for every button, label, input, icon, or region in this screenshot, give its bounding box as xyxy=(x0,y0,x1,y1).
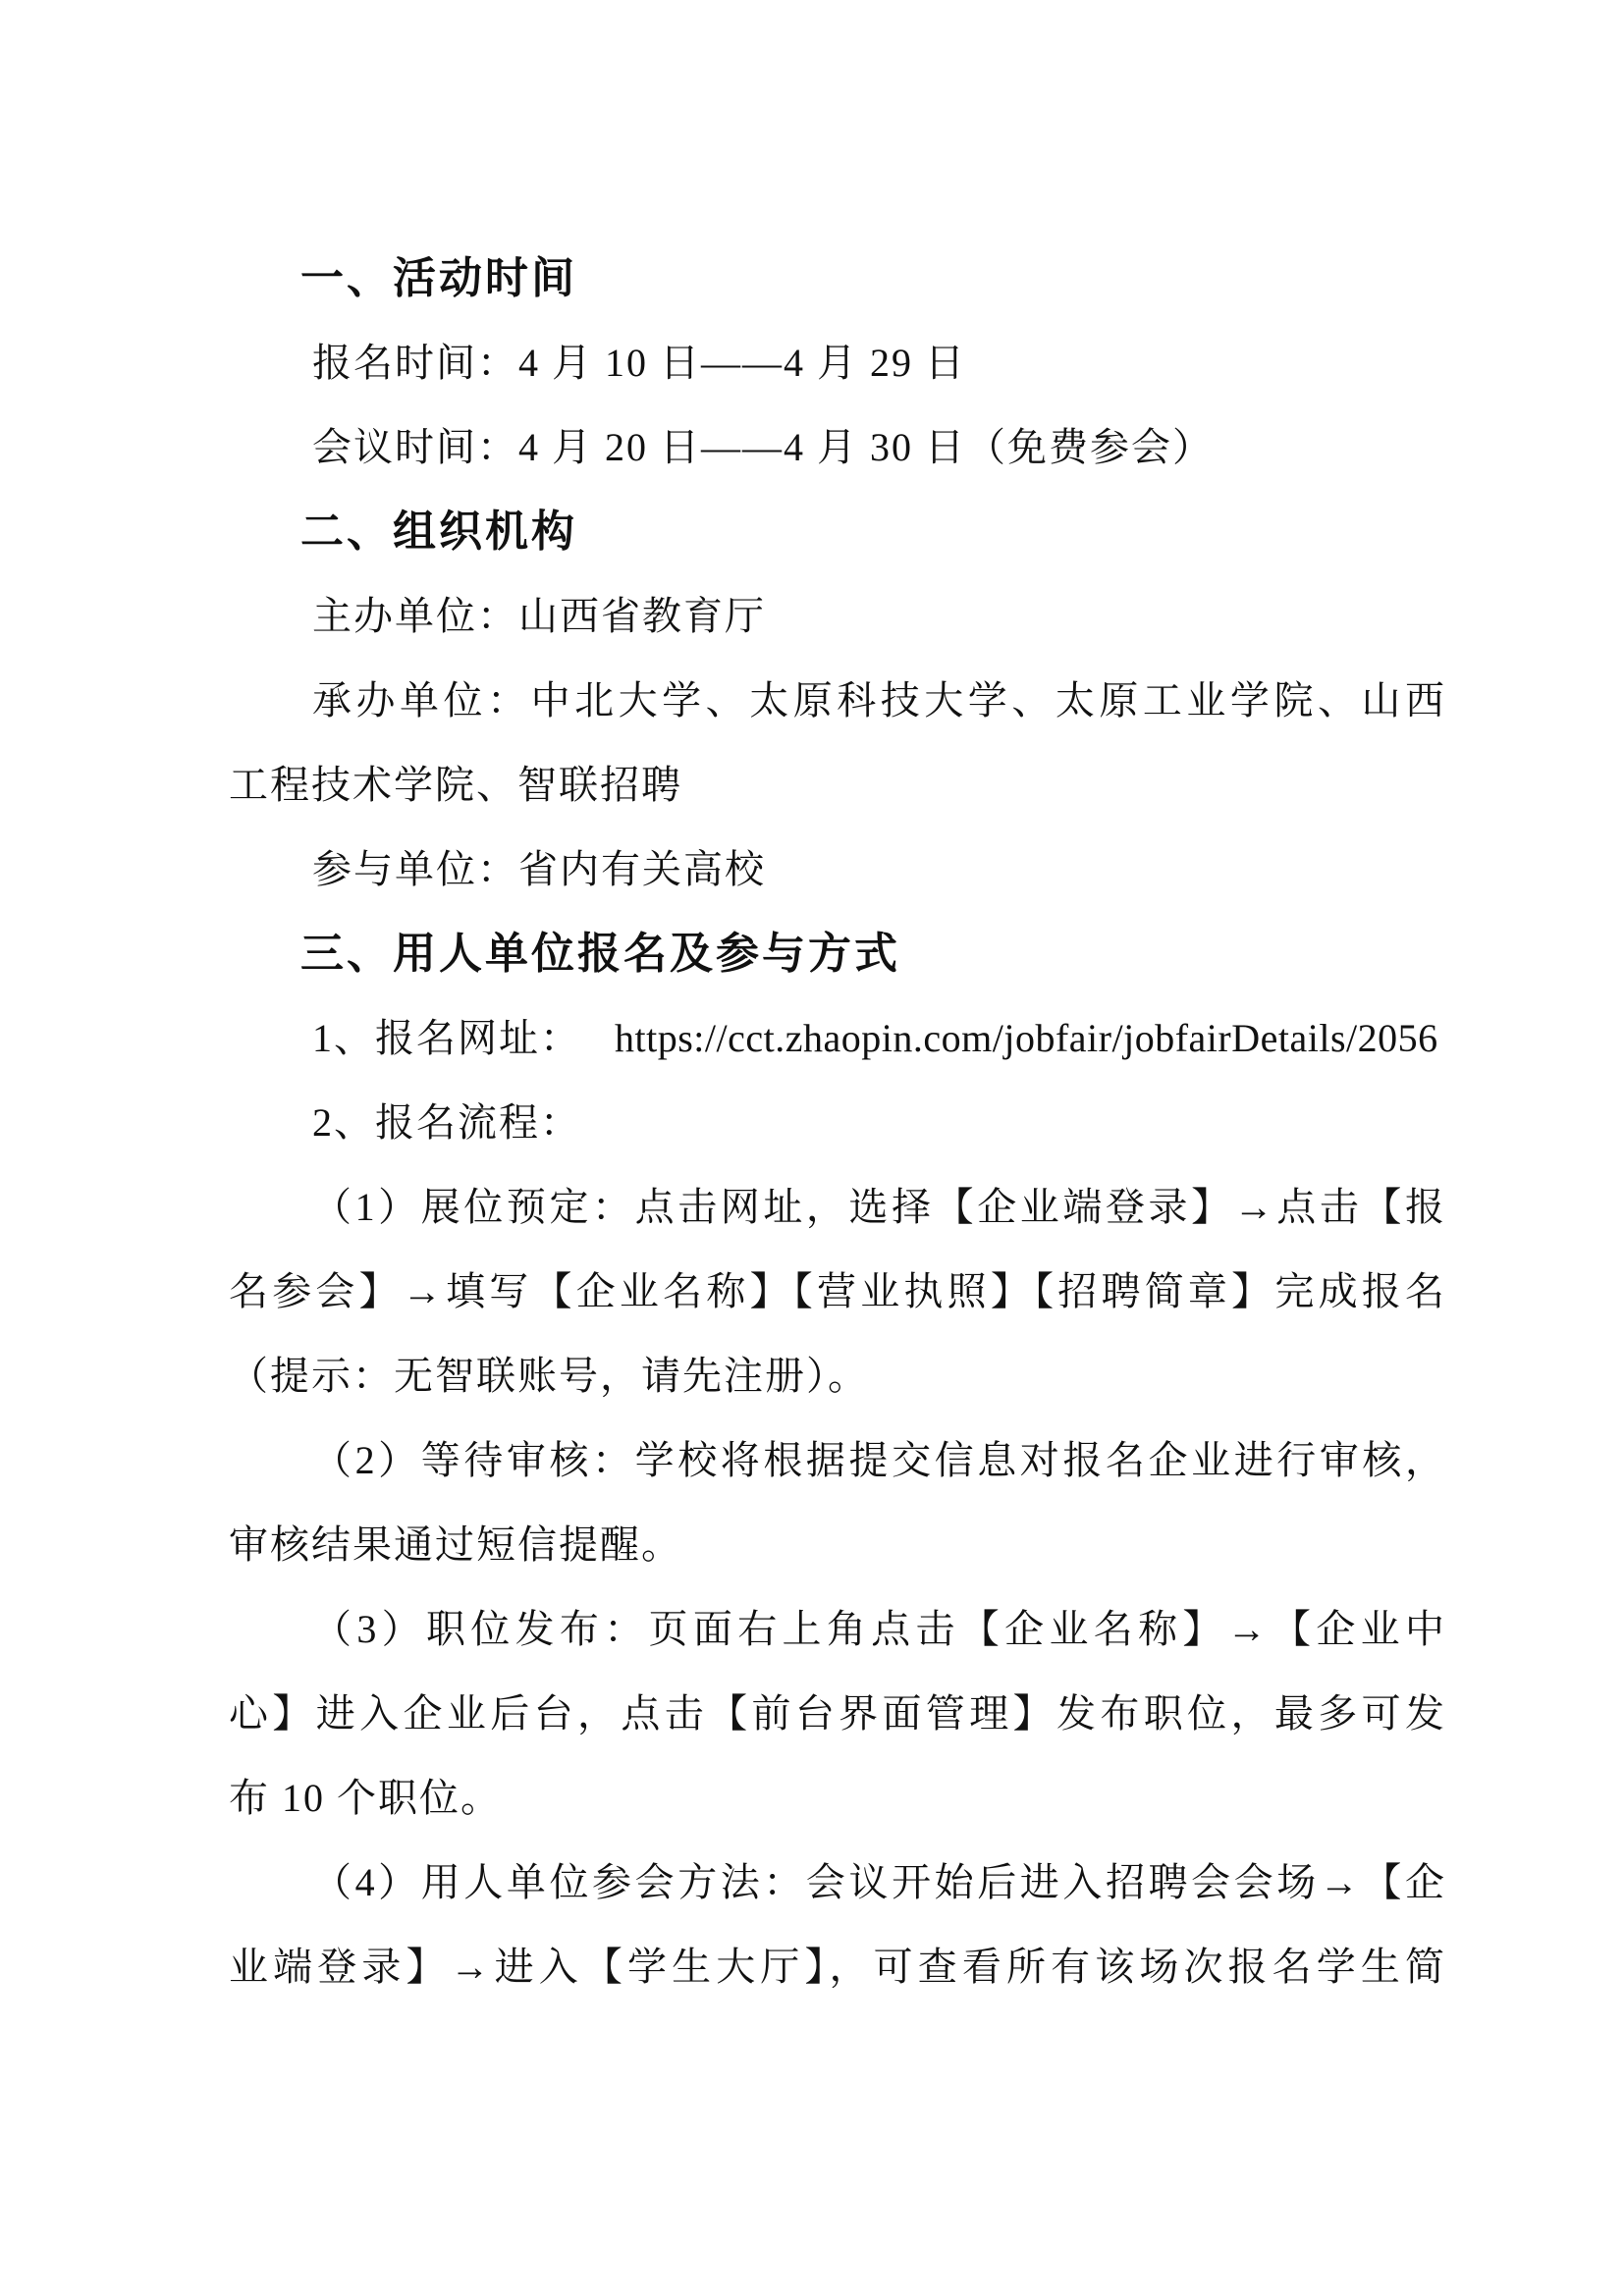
line-step1-2: 名参会】→填写【企业名称】【营业执照】【招聘简章】完成报名 xyxy=(229,1250,1446,1334)
line-organizer-unit-2: 工程技术学院、智联招聘 xyxy=(229,743,1446,828)
document-page: 一、活动时间 报名时间：4 月 10 日——4 月 29 日 会议时间：4 月 … xyxy=(0,0,1624,2296)
heading-activity-time: 一、活动时间 xyxy=(229,237,1446,321)
line-step4-2: 业端登录】→进入【学生大厅】，可查看所有该场次报名学生简 xyxy=(229,1925,1446,2009)
document-body: 一、活动时间 报名时间：4 月 10 日——4 月 29 日 会议时间：4 月 … xyxy=(229,237,1446,2009)
line-organizer-unit-1: 承办单位：中北大学、太原科技大学、太原工业学院、山西 xyxy=(229,659,1446,743)
line-meeting-time: 会议时间：4 月 20 日——4 月 30 日（免费参会） xyxy=(229,405,1446,490)
heading-employer-registration: 三、用人单位报名及参与方式 xyxy=(229,912,1446,996)
line-step2-2: 审核结果通过短信提醒。 xyxy=(229,1503,1446,1587)
registration-url-link: https://cct.zhaopin.com/jobfair/jobfairD… xyxy=(615,1016,1438,1060)
line-step1-1: （1）展位预定：点击网址，选择【企业端登录】→点击【报 xyxy=(229,1165,1446,1250)
line-registration-process: 2、报名流程： xyxy=(229,1081,1446,1165)
line-host-unit: 主办单位：山西省教育厅 xyxy=(229,574,1446,659)
line-step2-1: （2）等待审核：学校将根据提交信息对报名企业进行审核， xyxy=(229,1418,1446,1503)
registration-url-label: 1、报名网址： xyxy=(312,1016,581,1060)
line-step3-2: 心】进入企业后台，点击【前台界面管理】发布职位，最多可发 xyxy=(229,1672,1446,1756)
line-step3-1: （3）职位发布：页面右上角点击【企业名称】→【企业中 xyxy=(229,1587,1446,1672)
line-step3-3: 布 10 个职位。 xyxy=(229,1756,1446,1841)
line-registration-url: 1、报名网址：https://cct.zhaopin.com/jobfair/j… xyxy=(229,996,1446,1081)
line-signup-time: 报名时间：4 月 10 日——4 月 29 日 xyxy=(229,321,1446,405)
line-step1-3: （提示：无智联账号，请先注册）。 xyxy=(229,1334,1446,1418)
line-step4-1: （4）用人单位参会方法：会议开始后进入招聘会会场→【企 xyxy=(229,1841,1446,1925)
line-participating-unit: 参与单位：省内有关高校 xyxy=(229,828,1446,912)
heading-organization: 二、组织机构 xyxy=(229,490,1446,574)
